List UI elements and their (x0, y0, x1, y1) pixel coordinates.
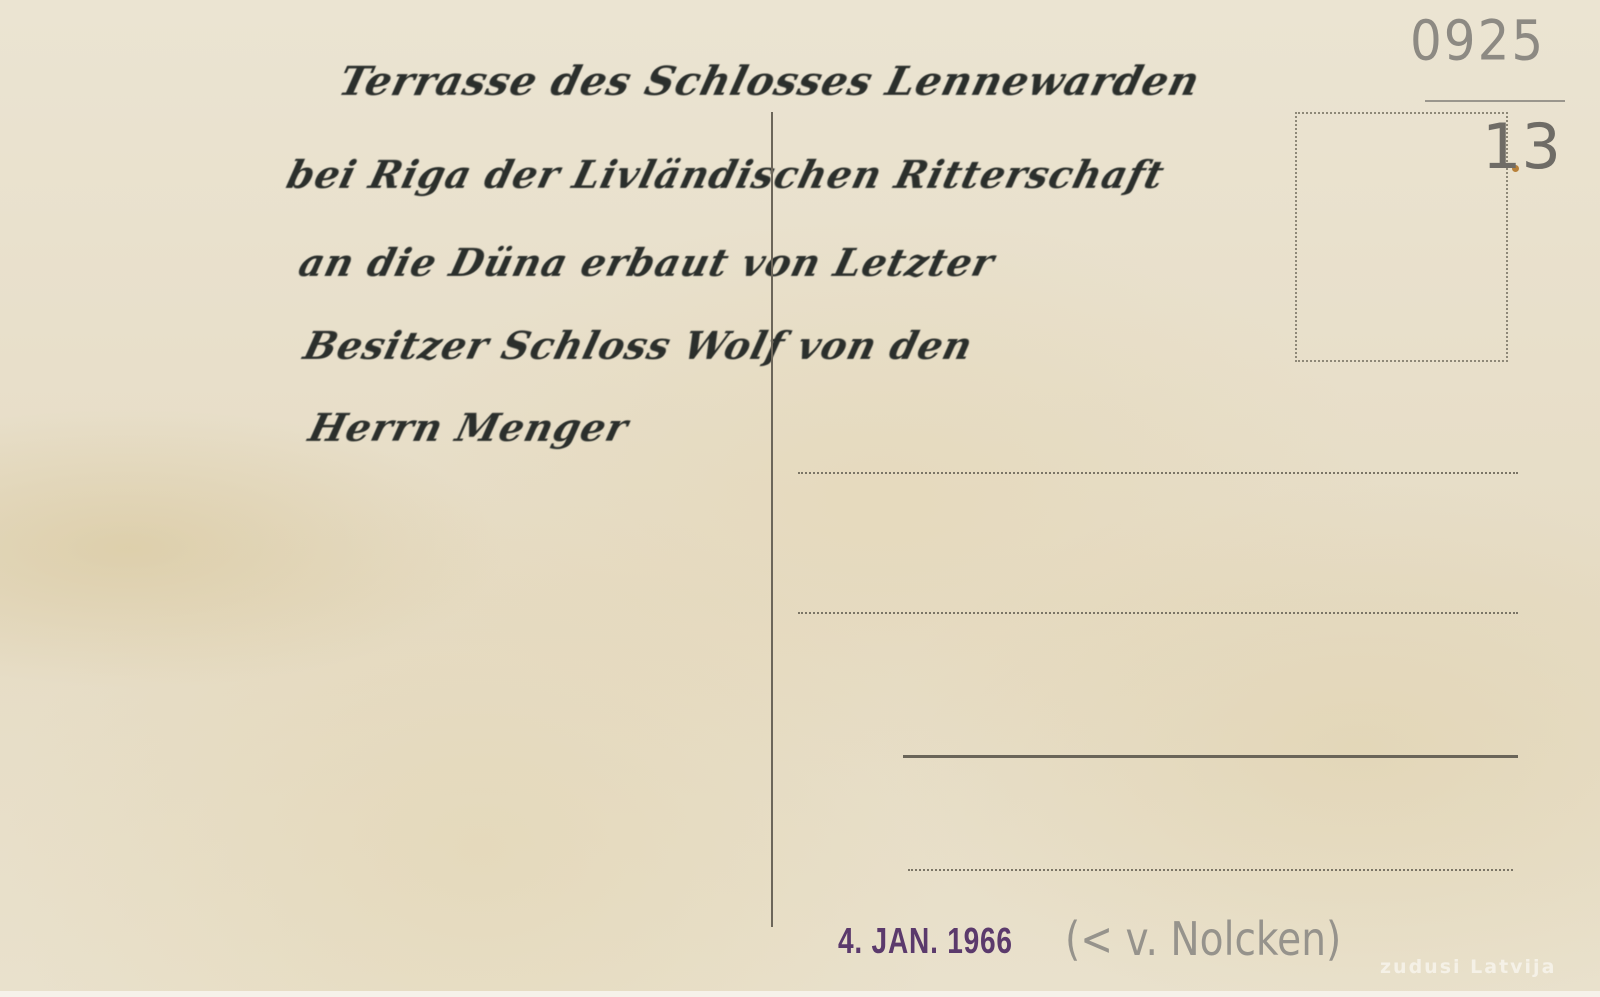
archive-number-underline (1425, 100, 1565, 102)
item-number: 13 (1482, 110, 1561, 183)
address-line-4 (908, 869, 1513, 871)
address-line-3 (903, 755, 1518, 758)
message-line-3: an die Düna erbaut von Letzter (294, 240, 999, 285)
card-bottom-edge (0, 991, 1600, 997)
stamp-box (1295, 112, 1508, 362)
address-line-2 (798, 612, 1518, 614)
postcard-back: Terrasse des Schlosses Lennewarden bei R… (0, 0, 1600, 997)
center-divider-line (771, 112, 773, 927)
archive-number: 0925 (1410, 9, 1545, 73)
message-line-5: Herrn Menger (304, 405, 633, 450)
pencil-note: (< v. Nolcken) (1065, 912, 1341, 966)
message-line-1: Terrasse des Schlosses Lennewarden (334, 58, 1205, 105)
address-line-1 (798, 472, 1518, 474)
watermark: zudusi Latvija (1380, 956, 1556, 978)
message-line-4: Besitzer Schloss Wolf von den (299, 323, 978, 368)
date-stamp: 4. JAN. 1966 (838, 920, 1013, 962)
message-line-2: bei Riga der Livländischen Ritterschaft (282, 152, 1169, 197)
